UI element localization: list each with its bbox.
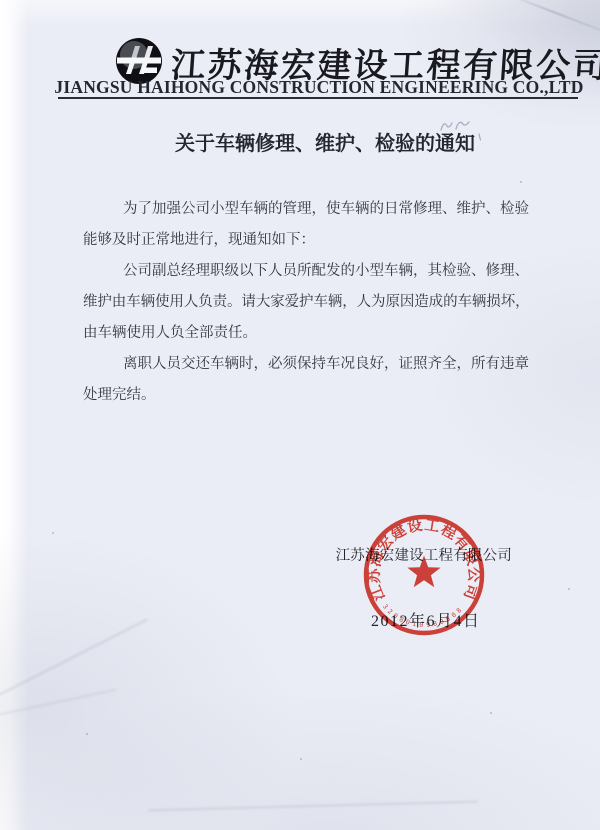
paper-crease (0, 689, 117, 718)
star-icon (407, 556, 440, 588)
paper-crease (501, 0, 600, 35)
scanned-notice-page: 江苏海宏建设工程有限公司 JIANGSU HAIHONG CONSTRUCTIO… (0, 0, 600, 830)
notice-body: 为了加强公司小型车辆的管理，使车辆的日常修理、维护、检验 能够及时正常地进行，现… (83, 194, 529, 411)
body-line: 离职人员交还车辆时，必须保持车况良好，证照齐全，所有违章 (83, 349, 529, 380)
body-line: 为了加强公司小型车辆的管理，使车辆的日常修理、维护、检验 (83, 194, 529, 225)
company-seal-stamp: 江苏海宏建设工程有限公司 3208010980808 (362, 513, 486, 637)
body-line: 由车辆使用人负全部责任。 (83, 318, 529, 349)
company-name-cn: 江苏海宏建设工程有限公司 (170, 38, 573, 82)
company-name-en: JIANGSU HAIHONG CONSTRUCTION ENGINEERING… (19, 77, 600, 98)
body-line: 维护由车辆使用人负责。请大家爱护车辆，人为原因造成的车辆损坏， (83, 287, 529, 318)
paper-crease (0, 618, 148, 699)
scan-speckles (0, 0, 2, 2)
body-line: 能够及时正常地进行，现通知如下： (83, 225, 529, 256)
paper-shading (0, 0, 600, 830)
body-line: 处理完结。 (83, 380, 529, 411)
header-divider (58, 97, 578, 99)
paper-crease (148, 801, 478, 812)
notice-title: 关于车辆修理、维护、检验的通知 (175, 130, 475, 156)
pen-mark (438, 114, 488, 144)
body-line: 公司副总经理职级以下人员所配发的小型车辆，其检验、修理、 (83, 256, 529, 287)
